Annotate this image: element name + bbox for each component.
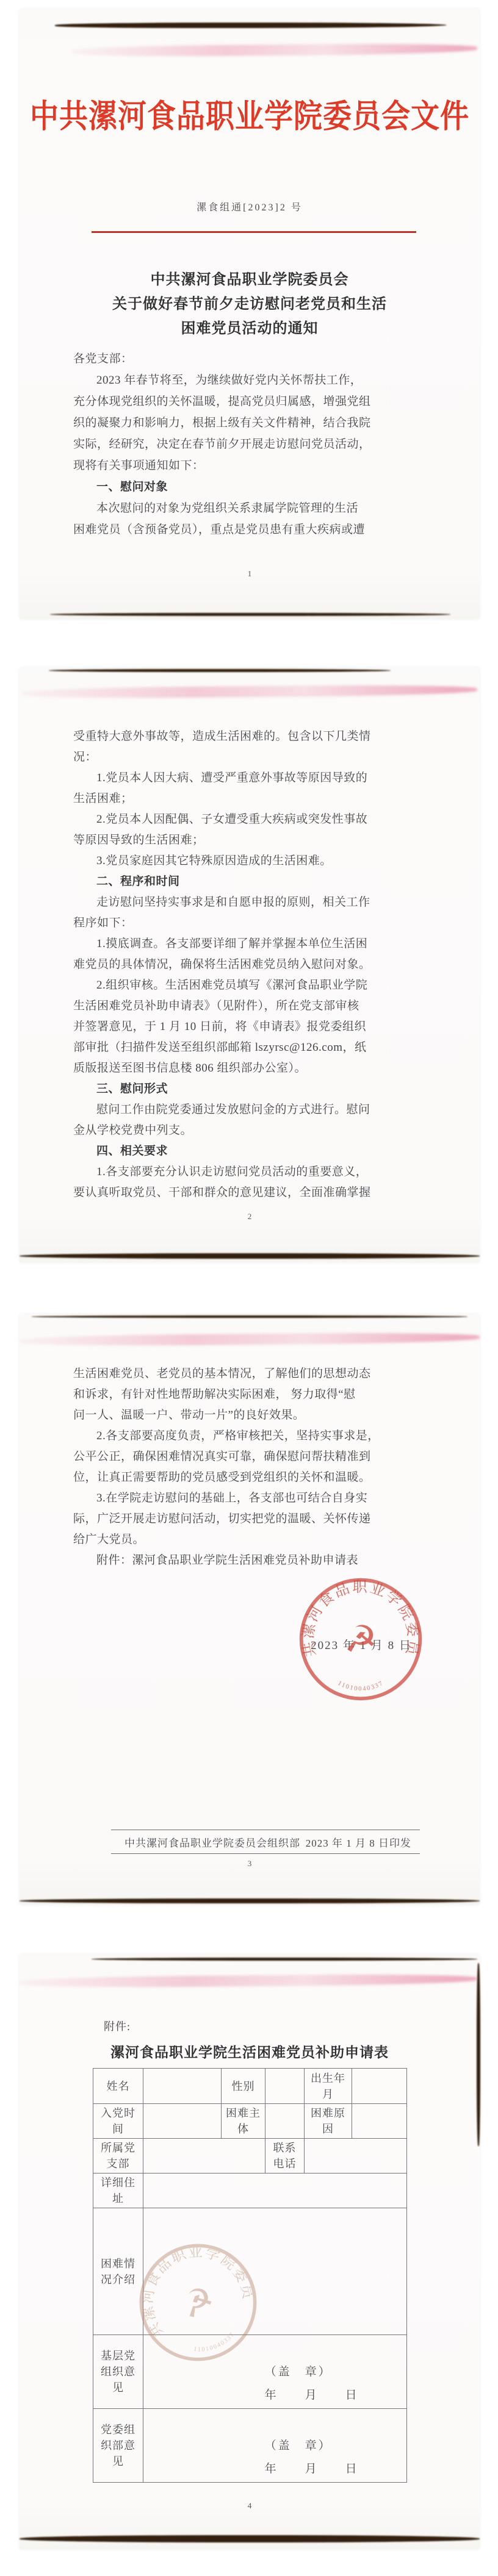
document-number: 漯食组通[2023]2 号: [20, 199, 480, 213]
red-divider-line: [92, 231, 416, 233]
grassroots-opinion-label: 基层党组织意见: [93, 2335, 143, 2409]
body-line: 困难党员（含预备党员），重点是党员患有重大疾病或遭: [73, 519, 430, 540]
reason-label: 困难原因: [305, 2104, 352, 2139]
pink-scan-artifact: [20, 1332, 480, 1347]
hammer-sickle-icon: ☭: [176, 2280, 220, 2327]
orgdept-opinion-field: （盖 章） 年 月 日: [143, 2409, 407, 2483]
body-line: 生活困难党员补助申请表》（见附件），所在党支部审核: [73, 996, 430, 1017]
hammer-sickle-icon: ☭: [344, 1619, 377, 1660]
body-line: 公平公正，确保困难情况真实可靠，确保慰问帮扶精准到: [73, 1447, 430, 1467]
body-line: 附件：漯河食品职业学院生活困难党员补助申请表: [73, 1550, 430, 1571]
body-line: 难党员的具体情况，确保将生活困难党员纳入慰问对象。: [73, 954, 430, 975]
official-seal: 中共漯河食品职业学院委员会 ☭ 11010040337: [295, 1574, 426, 1705]
reason-field: [352, 2104, 407, 2139]
name-label: 姓名: [93, 2069, 143, 2104]
body-line: 程序如下：: [73, 913, 430, 934]
body-line: 1.摸底调查。各支部要详细了解并掌握本单位生活困: [73, 934, 430, 954]
body-line: 走访慰问坚持实事求是和自愿申报的原则，相关工作: [73, 892, 430, 913]
body-line: 金从学校党费中列支。: [73, 1120, 430, 1141]
body-line: 四、相关要求: [73, 1141, 430, 1162]
body-line: 和诉求，有针对性地帮助解决实际困难， 努力取得“慰: [73, 1384, 430, 1405]
body-line: 生活困难；: [73, 789, 430, 809]
form-title: 漯河食品职业学院生活困难党员补助申请表: [20, 2041, 480, 2061]
body-line: 三、慰问形式: [73, 1079, 430, 1100]
notice-title-line: 关于做好春节前夕走访慰问老党员和生活: [20, 292, 480, 317]
body-line: 3.党员家庭因其它特殊原因造成的生活困难。: [73, 851, 430, 871]
body-line: 问一人、温暖一户、带动一片”的良好效果。: [73, 1405, 430, 1426]
branch-field: [143, 2139, 265, 2173]
body-line: 本次慰问的对象为党组织关系隶属学院管理的生活: [73, 498, 430, 519]
body-line: 1.党员本人因大病、遭受严重意外事故等原因导致的: [73, 768, 430, 789]
notice-title: 中共漯河食品职业学院委员会 关于做好春节前夕走访慰问老党员和生活 困难党员活动的…: [20, 268, 480, 341]
body-line: 受重特大意外事故等，造成生活困难的。包含以下几类情: [73, 726, 430, 747]
form-row-address: 详细住址: [93, 2173, 407, 2208]
address-label: 详细住址: [93, 2173, 143, 2208]
birth-label: 出生年月: [305, 2069, 352, 2104]
page-3: 生活困难党员、老党员的基本情况，了解他们的思想动态和诉求，有针对性地帮助解决实际…: [20, 1314, 480, 1905]
seal-serial: 11010040337: [191, 2330, 239, 2358]
body-line: 2.各支部要高度负责，严格审核把关，坚持实事求是，: [73, 1426, 430, 1447]
body-line: 实际，经研究，决定在春节前夕开展走访慰问党员活动，: [73, 434, 430, 455]
address-field: [143, 2173, 407, 2208]
attachment-label: 附件:: [104, 2018, 131, 2034]
print-date: 2023 年 1 月 8 日印发: [306, 1834, 411, 1850]
gender-field: [265, 2069, 305, 2104]
scanner-edge-artifact: [55, 23, 447, 28]
birth-field: [352, 2069, 407, 2104]
body-line: 织的凝聚力和影响力，根据上级有关文件精神，结合我院: [73, 412, 430, 434]
stamp-hint: （盖 章） 年 月 日: [265, 2435, 404, 2481]
body-line: 2.组织审核。生活困难党员填写《漯河食品职业学院: [73, 975, 430, 996]
body-line: 2023 年春节将至，为继续做好党内关怀帮扶工作，: [73, 370, 430, 391]
scanner-edge-artifact: [20, 2535, 480, 2542]
body-line: 际，广泛开展走访慰问活动，切实把党的温暖、关怀传递: [73, 1509, 430, 1529]
svg-text:11010040337: 11010040337: [191, 2330, 239, 2358]
scanner-edge-artifact: [20, 1253, 480, 1259]
page3-body: 生活困难党员、老党员的基本情况，了解他们的思想动态和诉求，有针对性地帮助解决实际…: [73, 1364, 430, 1571]
page-number: 1: [20, 569, 480, 579]
body-line: 慰问工作由院党委通过发放慰问金的方式进行。慰问: [73, 1100, 430, 1120]
phone-field: [305, 2139, 407, 2173]
name-field: [143, 2069, 222, 2104]
notice-title-line: 困难党员活动的通知: [20, 317, 480, 341]
orgdept-opinion-label: 党委组织部意见: [93, 2409, 143, 2483]
body-line: 生活困难党员、老党员的基本情况，了解他们的思想动态: [73, 1364, 430, 1384]
body-line: 质版报送至图书信息楼 806 组织部办公室）。: [73, 1058, 430, 1079]
seal-serial: 11010040337: [336, 1680, 384, 1692]
body-line: 部审批（扫描件发送至组织部邮箱 lszyrsc@126.com，纸: [73, 1037, 430, 1058]
notice-title-line: 中共漯河食品职业学院委员会: [20, 268, 480, 292]
scanner-edge-artifact: [20, 1898, 480, 1903]
body-line: 位，让真正需要帮助的党员感受到党组织的关怀和温暖。: [73, 1467, 430, 1488]
page-4: 附件: 漯河食品职业学院生活困难党员补助申请表 姓名 性别 出生年月 入党时间 …: [20, 1955, 480, 2549]
body-line: 各党支部：: [73, 348, 430, 370]
pink-scan-artifact: [22, 684, 477, 699]
subject-label: 困难主体: [222, 2104, 265, 2139]
pink-scan-artifact: [72, 43, 477, 57]
page-number: 2: [20, 1212, 480, 1222]
body-line: 2.党员本人因配偶、子女遭受重大疾病或突发性事故: [73, 809, 430, 830]
page-number: 3: [20, 1859, 480, 1869]
body-line: 现将有关事项通知如下：: [73, 455, 430, 476]
gender-label: 性别: [222, 2069, 265, 2104]
phone-label: 联系电话: [265, 2139, 305, 2173]
document-org-header: 中共漯河食品职业学院委员会文件: [20, 91, 480, 137]
body-line: 二、程序和时间: [73, 871, 430, 892]
stamp-hint: （盖 章） 年 月 日: [265, 2361, 404, 2407]
body-line: 3.在学院走访慰问的基础上，各支部也可结合自身实: [73, 1488, 430, 1509]
body-line: 并签署意见，于 1 月 10 日前，将《申请表》报党委组织: [73, 1017, 430, 1037]
form-row-name: 姓名 性别 出生年月: [93, 2069, 407, 2104]
colophon: 中共漯河食品职业学院委员会组织部 2023 年 1 月 8 日印发: [111, 1830, 420, 1854]
page2-body: 受重特大意外事故等，造成生活困难的。包含以下几类情况：1.党员本人因大病、遭受严…: [73, 726, 430, 1203]
join-time-field: [143, 2104, 222, 2139]
page-1: 中共漯河食品职业学院委员会文件 漯食组通[2023]2 号 中共漯河食品职业学院…: [20, 9, 480, 619]
scanned-document-canvas: { "colors": { "header_red": "#dd3b27", "…: [0, 0, 498, 2576]
branch-label: 所属党支部: [93, 2139, 143, 2173]
issuing-department: 中共漯河食品职业学院委员会组织部: [125, 1834, 300, 1850]
body-line: 1.各支部要充分认识走访慰问党员活动的重要意义，: [73, 1162, 430, 1182]
page-number: 4: [20, 2501, 480, 2511]
body-line: 充分体现党组织的关怀温暖，提高党员归属感，增强党组: [73, 391, 430, 412]
body-line: 等原因导致的生活困难；: [73, 830, 430, 851]
page-2: 受重特大意外事故等，造成生活困难的。包含以下几类情况：1.党员本人因大病、遭受严…: [20, 668, 480, 1262]
form-row-orgdept-opinion: 党委组织部意见 （盖 章） 年 月 日: [93, 2409, 407, 2483]
body-line: 要认真听取党员、干部和群众的意见建议，全面准确掌握: [73, 1182, 430, 1203]
footer-rule-bottom: [111, 1853, 420, 1854]
svg-text:11010040337: 11010040337: [336, 1680, 384, 1692]
body-line: 给广大党员。: [73, 1529, 430, 1550]
body-line: 况：: [73, 747, 430, 768]
scanner-edge-artifact: [49, 669, 391, 672]
scanner-edge-artifact: [32, 1315, 467, 1318]
body-line: 一、慰问对象: [73, 476, 430, 498]
pink-scan-artifact: [20, 1973, 477, 1989]
scanner-edge-artifact: [92, 1958, 477, 1961]
page1-body: 各党支部：2023 年春节将至，为继续做好党内关怀帮扶工作，充分体现党组织的关怀…: [73, 348, 430, 540]
scanner-edge-artifact: [50, 613, 450, 616]
form-row-branch: 所属党支部 联系电话: [93, 2139, 407, 2173]
join-time-label: 入党时间: [93, 2104, 143, 2139]
form-row-join: 入党时间 困难主体 困难原因: [93, 2104, 407, 2139]
subject-field: [265, 2104, 305, 2139]
